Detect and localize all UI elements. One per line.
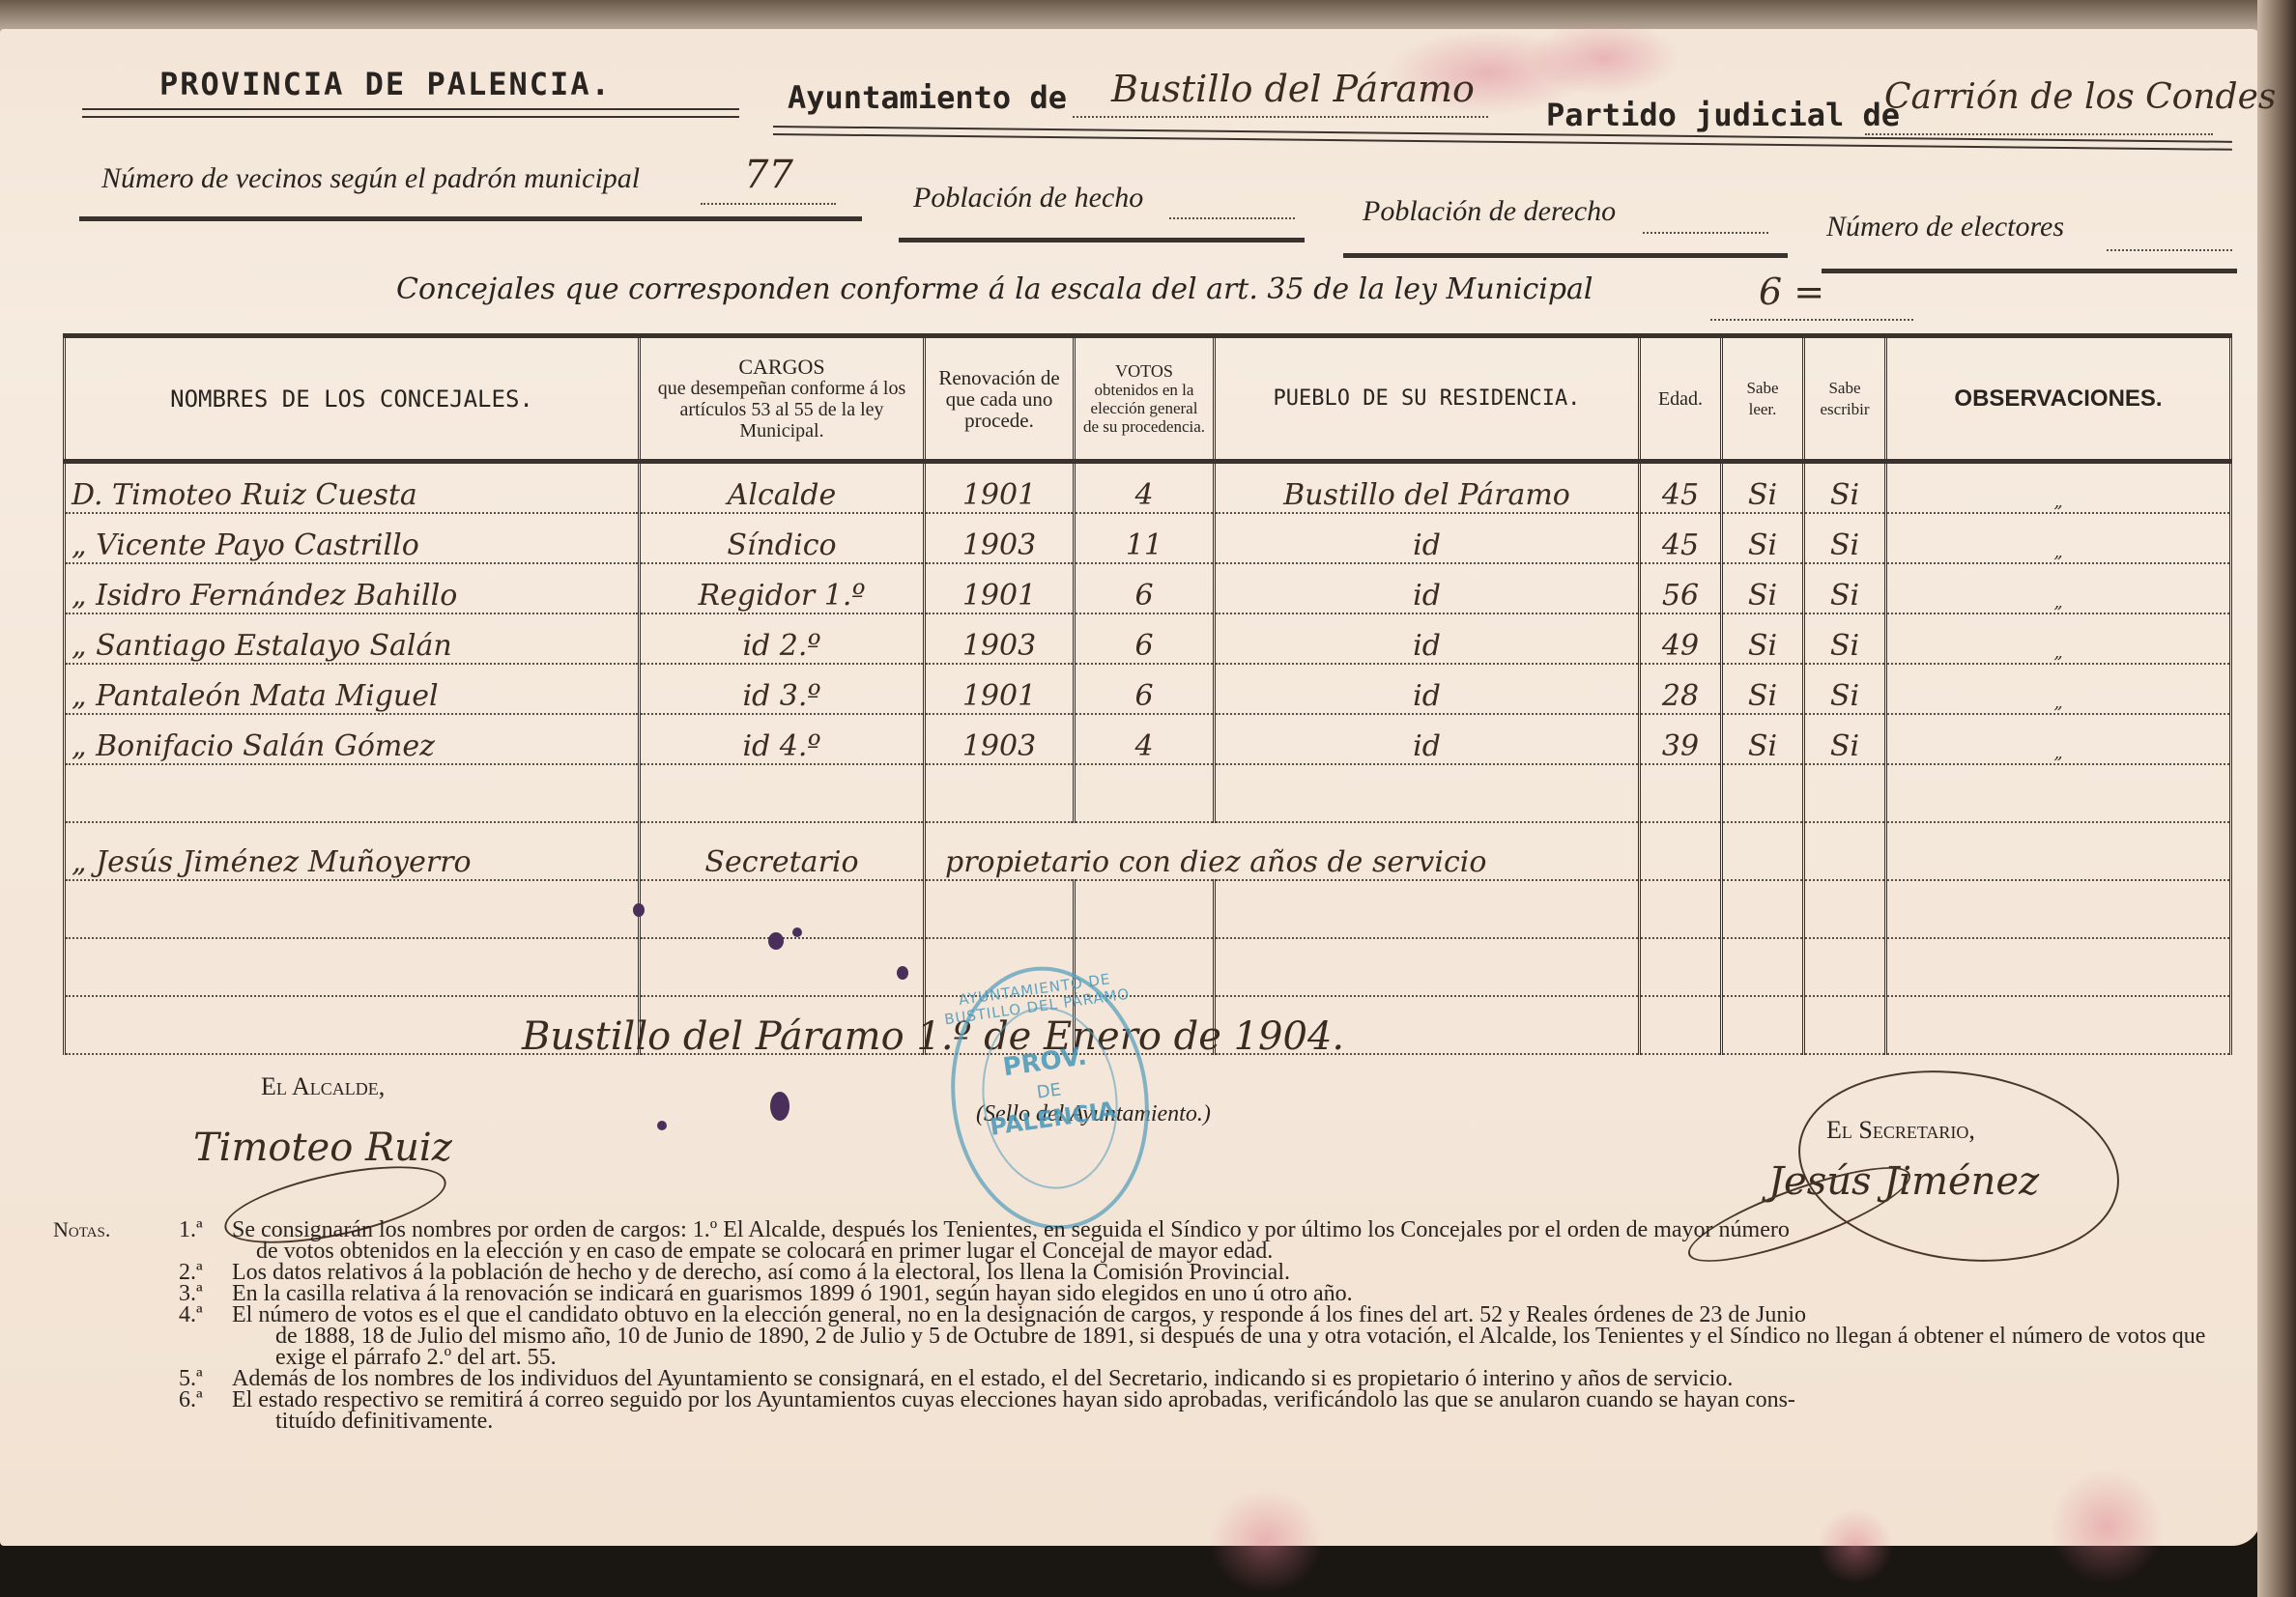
ayuntamiento-field-line	[1073, 116, 1488, 118]
note-text: El estado respectivo se remitirá á corre…	[232, 1389, 2237, 1411]
cell-escribir: Si	[1804, 462, 1886, 514]
cell-obs: „	[1886, 714, 2231, 764]
cell-leer: Si	[1722, 714, 1804, 764]
note-6-cont: tituído definitivamente.	[53, 1411, 2237, 1432]
concejales-table: NOMBRES DE LOS CONCEJALES. CARGOS que de…	[63, 333, 2232, 1055]
cell-edad: 39	[1640, 714, 1722, 764]
alcalde-signature: Timoteo Ruiz	[193, 1126, 452, 1170]
vecinos-label: Número de vecinos según el padrón munici…	[101, 162, 640, 195]
stain	[1527, 19, 1681, 97]
table-row: D. Timoteo Ruiz Cuesta Alcalde 1901 4 Bu…	[65, 462, 2231, 514]
col-sabe-leer-1: Sabe	[1729, 378, 1796, 399]
col-renovacion: Renovación de que cada uno procede.	[925, 336, 1075, 462]
poblacion-derecho-field[interactable]	[1643, 232, 1768, 234]
ink-blot	[657, 1121, 667, 1130]
cell-renovacion: 1901	[925, 563, 1075, 613]
note-text: En la casilla relativa á la renovación s…	[232, 1283, 2237, 1304]
col-sabe-leer-2: leer.	[1729, 399, 1796, 420]
table-row: „ Bonifacio Salán Gómez id 4.º 1903 4 id…	[65, 714, 2231, 764]
concejales-label: Concejales que corresponden conforme á l…	[396, 272, 1593, 306]
note-4: 4.ª El número de votos es el que el cand…	[53, 1304, 2237, 1326]
ayuntamiento-value: Bustillo del Páramo	[1111, 68, 1475, 110]
poblacion-derecho-label: Población de derecho	[1363, 195, 1616, 228]
partido-label: Partido judicial de	[1546, 97, 1900, 133]
table-row-empty	[65, 880, 2231, 938]
cell-votos: 6	[1075, 563, 1215, 613]
electores-field[interactable]	[2107, 249, 2232, 251]
cell-renovacion: 1901	[925, 664, 1075, 714]
divider	[1343, 253, 1788, 258]
note-number: 3.ª	[179, 1283, 232, 1304]
table-row: „ Santiago Estalayo Salán id 2.º 1903 6 …	[65, 613, 2231, 664]
table-row-empty	[65, 764, 2231, 822]
cell-pueblo: id	[1215, 563, 1640, 613]
col-sabe-escribir-1: Sabe	[1811, 378, 1879, 399]
note-1: Notas. 1.ª Se consignarán los nombres po…	[53, 1219, 2237, 1241]
col-sabe-escribir: Sabe escribir	[1804, 336, 1886, 462]
cell-leer: Si	[1722, 664, 1804, 714]
cell-cargo: id 3.º	[640, 664, 925, 714]
note-4-cont: de 1888, 18 de Julio del mismo año, 10 d…	[53, 1326, 2237, 1368]
col-votos-sub: obtenidos en la elección general de su p…	[1081, 381, 1207, 436]
cell-obs: „	[1886, 664, 2231, 714]
note-number: 4.ª	[179, 1304, 232, 1326]
cell-escribir: Si	[1804, 714, 1886, 764]
cell-escribir: Si	[1804, 664, 1886, 714]
ink-blot	[768, 932, 784, 950]
divider	[79, 216, 862, 221]
cell-edad: 28	[1640, 664, 1722, 714]
ink-blot	[770, 1092, 789, 1121]
cell-cargo: id 2.º	[640, 613, 925, 664]
cell-obs: „	[1886, 563, 2231, 613]
note-number: 1.ª	[179, 1219, 232, 1241]
cell-cargo: id 4.º	[640, 714, 925, 764]
cell-escribir: Si	[1804, 563, 1886, 613]
cell-nombre: „ Jesús Jiménez Muñoyerro	[65, 822, 640, 880]
poblacion-hecho-field[interactable]	[1169, 217, 1295, 219]
cell-pueblo: id	[1215, 613, 1640, 664]
col-pueblo: PUEBLO DE SU RESIDENCIA.	[1215, 336, 1640, 462]
ink-blot	[897, 966, 908, 980]
cell-nombre: „ Santiago Estalayo Salán	[65, 613, 640, 664]
ayuntamiento-label: Ayuntamiento de	[788, 79, 1067, 116]
note-text: Se consignarán los nombres por orden de …	[232, 1219, 2237, 1241]
cell-cargo: Regidor 1.º	[640, 563, 925, 613]
cell-leer: Si	[1722, 462, 1804, 514]
note-text: El número de votos es el que el candidat…	[232, 1304, 2237, 1326]
cell-cargo: Secretario	[640, 822, 925, 880]
col-votos: VOTOS obtenidos en la elección general d…	[1075, 336, 1215, 462]
col-cargos-title: CARGOS	[646, 356, 917, 378]
table-row: „ Vicente Payo Castrillo Síndico 1903 11…	[65, 513, 2231, 563]
cell-obs: „	[1886, 513, 2231, 563]
stain	[1208, 1488, 1324, 1594]
divider	[899, 238, 1305, 242]
cell-votos: 6	[1075, 613, 1215, 664]
cell-edad: 49	[1640, 613, 1722, 664]
cell-renovacion: 1903	[925, 714, 1075, 764]
vecinos-field-line	[701, 203, 836, 205]
table-header-row: NOMBRES DE LOS CONCEJALES. CARGOS que de…	[65, 336, 2231, 462]
stain	[1817, 1507, 1894, 1584]
cell-edad: 56	[1640, 563, 1722, 613]
ink-blot	[633, 903, 645, 917]
cell-cargo: Síndico	[640, 513, 925, 563]
divider	[1822, 269, 2237, 273]
col-observaciones: OBSERVACIONES.	[1886, 336, 2231, 462]
cell-pueblo: id	[1215, 664, 1640, 714]
table-row-empty	[65, 938, 2231, 996]
date-line: Bustillo del Páramo 1.º de Enero de 1904…	[522, 1014, 1344, 1059]
cell-secretario-detalle: propietario con diez años de servicio	[925, 822, 1640, 880]
cell-nombre: „ Isidro Fernández Bahillo	[65, 563, 640, 613]
note-text: Los datos relativos á la población de he…	[232, 1262, 2237, 1283]
vecinos-value: 77	[744, 153, 793, 197]
cell-leer: Si	[1722, 613, 1804, 664]
table-row: „ Isidro Fernández Bahillo Regidor 1.º 1…	[65, 563, 2231, 613]
table-row: „ Pantaleón Mata Miguel id 3.º 1901 6 id…	[65, 664, 2231, 714]
note-text: Además de los nombres de los individuos …	[232, 1368, 2237, 1389]
col-votos-title: VOTOS	[1081, 362, 1207, 381]
cell-pueblo: Bustillo del Páramo	[1215, 462, 1640, 514]
cell-obs: „	[1886, 613, 2231, 664]
cell-votos: 6	[1075, 664, 1215, 714]
cell-nombre: „ Pantaleón Mata Miguel	[65, 664, 640, 714]
cell-obs: „	[1886, 462, 2231, 514]
cell-pueblo: id	[1215, 513, 1640, 563]
cell-votos: 4	[1075, 462, 1215, 514]
notes-section: Notas. 1.ª Se consignarán los nombres po…	[53, 1219, 2237, 1432]
note-3: 3.ª En la casilla relativa á la renovaci…	[53, 1283, 2237, 1304]
cell-renovacion: 1903	[925, 613, 1075, 664]
cell-escribir: Si	[1804, 613, 1886, 664]
province-title: PROVINCIA DE PALENCIA.	[159, 66, 612, 102]
col-cargos: CARGOS que desempeñan conforme á los art…	[640, 336, 925, 462]
note-6: 6.ª El estado respectivo se remitirá á c…	[53, 1389, 2237, 1411]
cell-edad: 45	[1640, 462, 1722, 514]
cell-nombre: „ Vicente Payo Castrillo	[65, 513, 640, 563]
electores-label: Número de electores	[1826, 211, 2064, 243]
cell-votos: 4	[1075, 714, 1215, 764]
partido-value: Carrión de los Condes	[1884, 77, 2276, 117]
partido-field-line	[1865, 133, 2213, 135]
divider	[82, 108, 739, 118]
notes-label: Notas.	[53, 1219, 179, 1241]
book-right-edge	[2257, 0, 2296, 1597]
col-sabe-leer: Sabe leer.	[1722, 336, 1804, 462]
note-1-cont: de votos obtenidos en la elección y en c…	[53, 1241, 2237, 1262]
col-sabe-escribir-2: escribir	[1811, 399, 1879, 420]
note-number: 5.ª	[179, 1368, 232, 1389]
note-number: 2.ª	[179, 1262, 232, 1283]
alcalde-label: El Alcalde,	[261, 1072, 385, 1101]
cell-pueblo: id	[1215, 714, 1640, 764]
cell-leer: Si	[1722, 563, 1804, 613]
poblacion-hecho-label: Población de hecho	[913, 182, 1143, 214]
col-nombres: NOMBRES DE LOS CONCEJALES.	[65, 336, 640, 462]
col-edad: Edad.	[1640, 336, 1722, 462]
stain	[2049, 1469, 2165, 1584]
cell-edad: 45	[1640, 513, 1722, 563]
cell-renovacion: 1901	[925, 462, 1075, 514]
cell-renovacion: 1903	[925, 513, 1075, 563]
cell-cargo: Alcalde	[640, 462, 925, 514]
note-5: 5.ª Además de los nombres de los individ…	[53, 1368, 2237, 1389]
ink-blot	[792, 927, 802, 937]
cell-leer: Si	[1722, 513, 1804, 563]
col-cargos-sub: que desempeñan conforme á los artículos …	[646, 378, 917, 442]
cell-nombre: D. Timoteo Ruiz Cuesta	[65, 462, 640, 514]
cell-escribir: Si	[1804, 513, 1886, 563]
note-2: 2.ª Los datos relativos á la población d…	[53, 1262, 2237, 1283]
cell-votos: 11	[1075, 513, 1215, 563]
concejales-field-line	[1710, 319, 1913, 321]
concejales-value: 6 =	[1759, 271, 1824, 313]
note-number: 6.ª	[179, 1389, 232, 1411]
cell-nombre: „ Bonifacio Salán Gómez	[65, 714, 640, 764]
table-row-secretario: „ Jesús Jiménez Muñoyerro Secretario pro…	[65, 822, 2231, 880]
